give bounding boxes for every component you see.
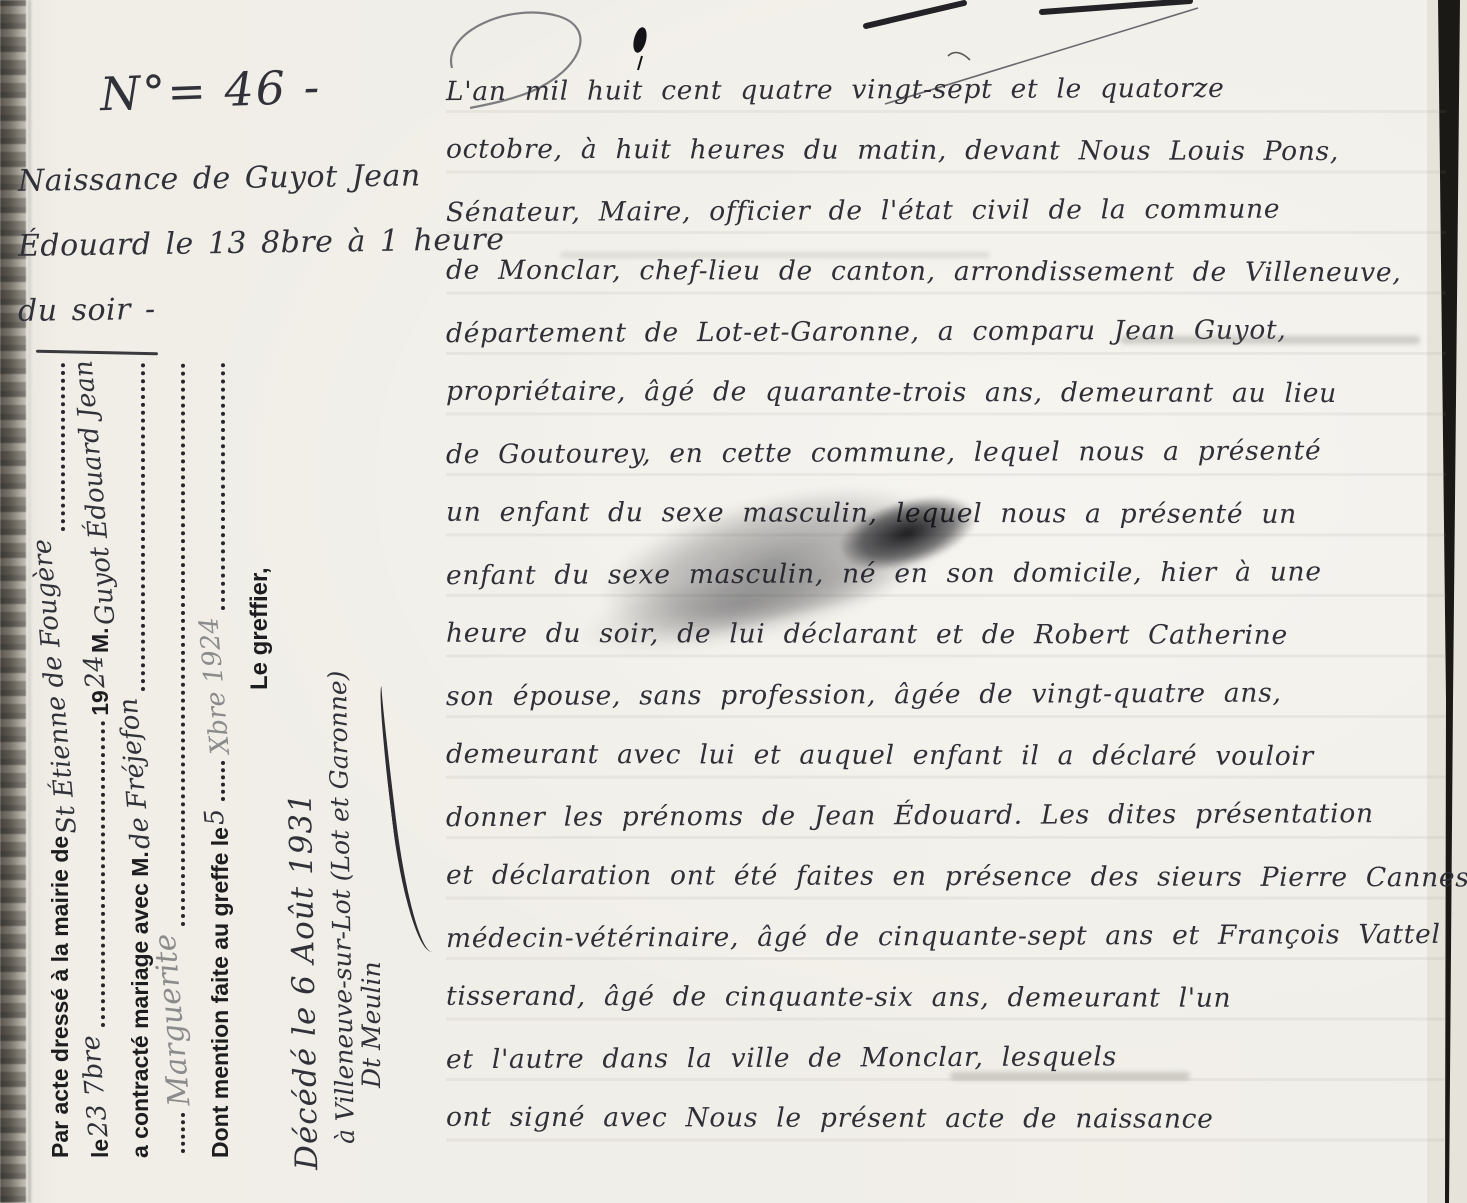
act-line: Sénateur, Maire, officier de l'état civi…: [446, 179, 1446, 244]
dotted-leader: [221, 363, 225, 610]
act-line: de Monclar, chef-lieu de canton, arrondi…: [446, 240, 1446, 303]
handwritten-greffe-day: 5: [199, 808, 230, 827]
dotted-leader: [221, 761, 225, 801]
mention-row: Dont mention faite au greffe le 5 Xbre 1…: [194, 358, 234, 1158]
handwritten-spouse-firstname: Marguerite: [148, 932, 198, 1107]
act-line: propriétaire, âgé de quarante-trois ans,…: [446, 361, 1446, 424]
scan-streak: [950, 1072, 1190, 1080]
mention-row: Le greffier,: [234, 358, 274, 1158]
handwritten-year: 24: [79, 654, 112, 690]
margin-summary-line: du soir -: [18, 273, 439, 344]
act-line: son épouse, sans profession, âgée de vin…: [446, 663, 1446, 728]
act-line: donner les prénoms de Jean Édouard. Les …: [446, 784, 1446, 849]
act-line: ont signé avec Nous le présent acte de n…: [446, 1087, 1446, 1150]
printed-text: le: [87, 1139, 114, 1158]
death-mention-line: Décédé le 6 Août 1931: [279, 572, 325, 1171]
dotted-leader: [61, 363, 65, 531]
dotted-leader: [101, 721, 105, 1028]
printed-text: Par acte dressé à la mairie de: [47, 836, 74, 1158]
mention-row: Par acte dressé à la mairie de St Étienn…: [34, 358, 74, 1158]
dotted-leader: [181, 363, 185, 926]
margin-summary-line: Édouard le 13 8bre à 1 heure: [18, 208, 439, 279]
handwritten-greffe-date: Xbre 1924: [194, 616, 236, 755]
scan-streak: [560, 252, 990, 258]
dotted-leader: [141, 363, 145, 691]
act-line: médecin-vétérinaire, âgé de cinquante-se…: [446, 905, 1446, 970]
act-line: tisserand, âgé de cinquante-six ans, dem…: [446, 966, 1446, 1029]
handwritten-date: 23 7bre: [76, 1034, 115, 1139]
handwritten-spouse-surname: de Fréjefon: [113, 697, 156, 851]
birth-record-scan: N°= 46 - Naissance de Guyot Jean Édouard…: [0, 0, 1467, 1203]
act-line: L'an mil huit cent quatre vingt-sept et …: [446, 58, 1446, 123]
mention-row: le 23 7bre 19 24 M. Guyot Édouard Jean: [74, 358, 114, 1158]
margin-summary-line: Naissance de Guyot Jean: [18, 143, 439, 214]
printed-greffier-title: Le greffier,: [246, 567, 274, 690]
printed-text: M.: [87, 627, 114, 653]
mention-row: Marguerite: [154, 358, 194, 1158]
dotted-leader: [181, 1113, 185, 1153]
mention-row: a contracté mariage avec M. de Fréjefon: [114, 358, 154, 1158]
act-number: N°= 46 -: [99, 57, 401, 121]
act-line: octobre, à huit heures du matin, devant …: [446, 119, 1446, 182]
act-line: demeurant avec lui et auquel enfant il a…: [446, 724, 1446, 787]
margin-divider-rule: [36, 350, 158, 356]
marriage-mention-stamp: Par acte dressé à la mairie de St Étienn…: [34, 358, 284, 1158]
printed-text: Dont mention faite au greffe le: [207, 827, 234, 1158]
death-mention-annotation: Décédé le 6 Août 1931 à Villeneuve-sur-L…: [284, 572, 436, 1184]
death-mention-line: à Villeneuve-sur-Lot (Lot et Garonne): [321, 572, 360, 1144]
scan-streak: [1120, 336, 1420, 344]
act-line: de Goutourey, en cette commune, lequel n…: [446, 421, 1446, 486]
act-line: et l'autre dans la ville de Monclar, les…: [446, 1026, 1446, 1091]
printed-text: 19: [87, 690, 114, 716]
act-line: département de Lot-et-Garonne, a comparu…: [446, 300, 1446, 365]
death-mention-line: Dt Meulin: [357, 572, 386, 1088]
printed-text: a contracté mariage avec M.: [127, 851, 154, 1158]
margin-summary: Naissance de Guyot Jean Édouard le 13 8b…: [18, 146, 438, 341]
act-line: et déclaration ont été faites en présenc…: [446, 845, 1446, 908]
